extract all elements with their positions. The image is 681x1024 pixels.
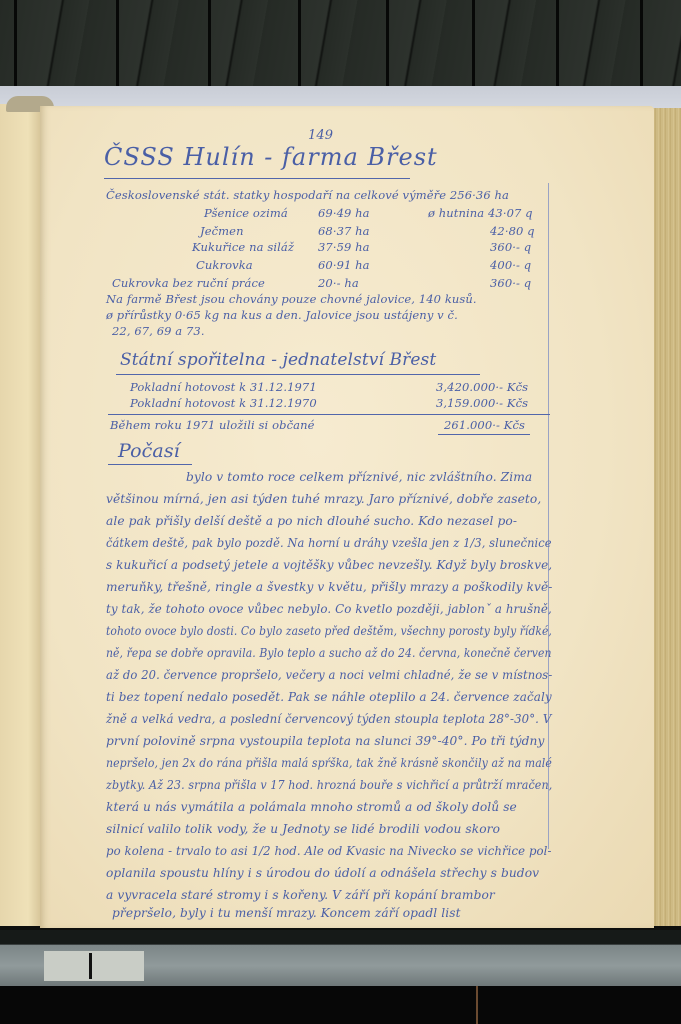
farm-note-line: 22, 67, 69 a 73. bbox=[112, 324, 205, 338]
crop-name: Pšenice ozimá bbox=[204, 206, 288, 220]
crop-yield: 360·- q bbox=[490, 276, 531, 290]
ceiling-slat bbox=[472, 0, 475, 90]
ceiling-slat bbox=[116, 0, 119, 90]
ceiling-slat bbox=[14, 0, 17, 90]
crop-yield: 43·07 q bbox=[488, 206, 533, 220]
ceiling-slat bbox=[386, 0, 389, 90]
ceiling-slat bbox=[640, 0, 643, 90]
crop-name: Cukrovka bez ruční práce bbox=[112, 276, 265, 290]
weather-line: bylo v tomto roce celkem příznivé, nic z… bbox=[186, 470, 532, 484]
ceiling-slat bbox=[556, 0, 559, 90]
crop-name: Kukuřice na siláž bbox=[192, 240, 294, 254]
weather-line: žně a velká vedra, a poslední červencový… bbox=[106, 712, 551, 726]
farm-note-line: Na farmě Břest jsou chovány pouze chovné… bbox=[106, 292, 477, 306]
total-underline bbox=[438, 434, 530, 435]
weather-line: zbytky. Až 23. srpna přišla v 17 hod. hr… bbox=[106, 778, 552, 792]
left-page-edge bbox=[0, 104, 42, 926]
crop-yield: 42·80 q bbox=[490, 224, 535, 238]
savings-sum-line bbox=[108, 414, 550, 415]
weather-heading: Počasí bbox=[118, 440, 180, 462]
weather-line: ně, řepa se dobře opravila. Bylo teplo a… bbox=[106, 646, 552, 660]
weather-line: meruňky, třešně, ringle a švestky v květ… bbox=[106, 580, 552, 594]
title-underline bbox=[104, 178, 410, 179]
crop-area: 68·37 ha bbox=[318, 224, 370, 238]
cable bbox=[476, 986, 478, 1024]
crop-area: 60·91 ha bbox=[318, 258, 370, 272]
scanner-ceiling bbox=[0, 0, 681, 90]
savings-label: Pokladní hotovost k 31.12.1971 bbox=[130, 380, 317, 394]
weather-line: silnicí valilo tolik vody, že u Jednoty … bbox=[106, 822, 500, 836]
savings-value: 3,420.000·- Kčs bbox=[436, 380, 528, 394]
crop-yield: 360·- q bbox=[490, 240, 531, 254]
weather-line: která u nás vymátila a polámala mnoho st… bbox=[106, 800, 517, 814]
weather-line: ti bez topení nedalo posedět. Pak se náh… bbox=[106, 690, 552, 704]
weather-line: až do 20. července propršelo, večery a n… bbox=[106, 668, 552, 682]
right-margin-line bbox=[548, 183, 549, 849]
weather-line: po kolena - trvalo to asi 1/2 hod. Ale o… bbox=[106, 844, 552, 858]
crop-name: Cukrovka bbox=[196, 258, 253, 272]
ceiling-slat bbox=[208, 0, 211, 90]
weather-line: s kukuřicí a podsetý jetele a vojtěšky v… bbox=[106, 558, 552, 572]
page-number: 149 bbox=[308, 128, 333, 143]
weather-line: a vyvracela staré stromy i s kořeny. V z… bbox=[106, 888, 495, 902]
weather-line: tohoto ovoce bylo dosti. Co bylo zaseto … bbox=[106, 624, 552, 638]
farm-note-line: ø přírůstky 0·65 kg na kus a den. Jalovi… bbox=[106, 308, 458, 322]
ceiling-slat bbox=[298, 0, 301, 90]
crop-area: 69·49 ha bbox=[318, 206, 370, 220]
yield-label: ø hutnina bbox=[428, 206, 484, 220]
crop-yield: 400·- q bbox=[490, 258, 531, 272]
rail-marker bbox=[89, 953, 92, 979]
intro-text: Československé stát. statky hospodaří na… bbox=[106, 188, 509, 202]
weather-line: oplanila spoustu hlíny i s úrodou do údo… bbox=[106, 866, 539, 880]
weather-line: čátkem deště, pak bylo pozdě. Na horní u… bbox=[106, 536, 552, 550]
weather-heading-underline bbox=[108, 464, 192, 465]
weather-line: první polovině srpna vystoupila teplota … bbox=[106, 734, 544, 748]
savings-total-value: 261.000·- Kčs bbox=[444, 418, 525, 432]
weather-line: přepršelo, byly i tu menší mrazy. Koncem… bbox=[112, 906, 461, 920]
page-stack-edge bbox=[652, 108, 681, 926]
savings-bank-heading: Státní spořitelna - jednatelství Břest bbox=[120, 350, 436, 370]
savings-heading-underline bbox=[116, 374, 480, 375]
weather-line: ale pak přišly delší deště a po nich dlo… bbox=[106, 514, 517, 528]
crop-name: Ječmen bbox=[200, 224, 244, 238]
crop-area: 37·59 ha bbox=[318, 240, 370, 254]
savings-value: 3,159.000·- Kčs bbox=[436, 396, 528, 410]
savings-total-label: Během roku 1971 uložili si občané bbox=[110, 418, 315, 432]
weather-line: nepršelo, jen 2x do rána přišla malá spŕ… bbox=[106, 756, 552, 770]
weather-line: ty tak, že tohoto ovoce vůbec nebylo. Co… bbox=[106, 602, 552, 616]
savings-label: Pokladní hotovost k 31.12.1970 bbox=[130, 396, 317, 410]
floor bbox=[0, 986, 681, 1024]
page-title: ČSSS Hulín - farma Břest bbox=[104, 143, 438, 171]
crop-area: 20·- ha bbox=[318, 276, 359, 290]
rail-label bbox=[44, 951, 144, 981]
weather-line: většinou mírná, jen asi týden tuhé mrazy… bbox=[106, 492, 541, 506]
